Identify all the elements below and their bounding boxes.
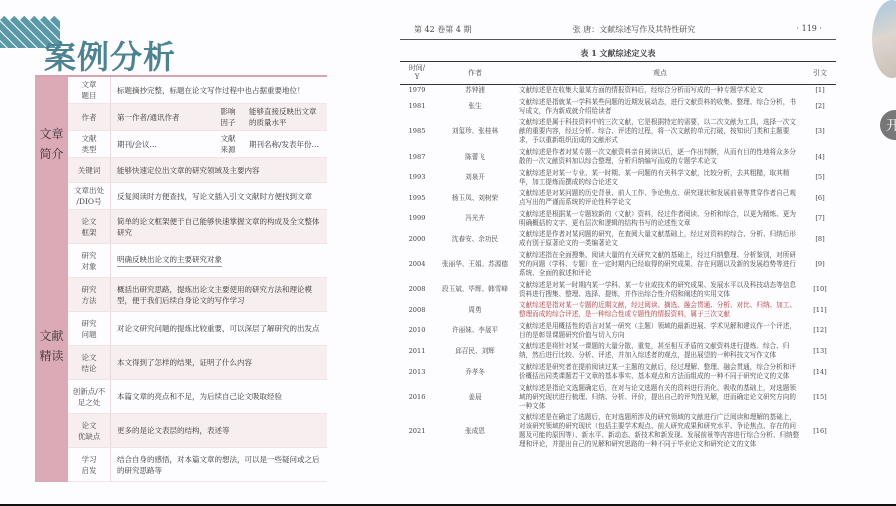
viewpoint-cell: 文献综述是指就某一学科某些问题的近期发展动态，进行文献资料的收集、整理、综合分析… [516,97,804,118]
row-value: 本文得到了怎样的结果，证明了什么内容 [111,346,327,379]
author-cell: 冯光卉 [434,209,516,230]
viewpoint-cell: 文献综述是指对某一专题的近期文献，经过阅读、摘选、融会贯通、分析、对比、归纳、加… [516,300,804,321]
row-key: 研究方法 [68,278,111,311]
citation-cell: [2] [804,97,836,118]
author-cell: 许丽妹、李晟平 [434,321,516,342]
table-row: 文章出处/DIO号反复阅读时方便查找，写论文插入引文文献时方便找到文章 [68,183,327,210]
viewpoint-cell: 文献综述是指论文选题确定后，在对与论文选题有关的资料进行消化、吸收的基础上，对选… [516,382,804,412]
issue-label: 第 42 卷第 4 期 [414,24,471,35]
article-title: 张 唐：文献综述写作及其特性研究 [573,24,696,35]
table-row: 1979 苏钟浦 文献综述是在收集大量某方面的情报资料后，经综合分析而写成的一种… [400,85,836,97]
table-row: 关键词能够快速定位出文章的研究领域及主要内容 [68,158,327,183]
section-label: 文章简介 [35,77,68,210]
citation-cell: [12] [804,321,836,342]
author-cell: 周勇 [434,300,516,321]
row-key: 文献类型 [68,131,111,157]
table-row: 1995 杨玉凤、刘树荣 文献综述是对某问题的历史背景、前人工作、争论焦点、研究… [400,188,836,209]
table-row: 1999 冯光卉 文献综述是根据某一专题较新的（文献）资料，经过作者阅读、分析和… [400,209,836,230]
viewpoint-cell: 文献综述是将针对某一课题的大量分散、重复，甚至相互矛盾的文献资料进行提炼、综合、… [516,341,804,362]
citation-cell: [8] [804,229,836,250]
viewpoint-cell: 文献综述是作者对某专题一次文献资料亲自阅读以后，逐一作出判断，从而有目的性地将众… [516,147,804,168]
row-key: 创新点/不足之处 [68,380,111,413]
citation-cell: [14] [804,362,836,383]
row-key-2: 文献来源 [211,131,245,157]
table-row: 研究方法概括出研究思路，提炼出论文主要使用的研究方法和理论模型，便于我们后续自身… [68,278,327,312]
citation-cell: [15] [804,382,836,412]
row-key: 论文优缺点 [68,414,111,447]
row-key: 论文结论 [68,346,111,379]
viewpoint-cell: 文献综述是根据某一专题较新的（文献）资料，经过作者阅读、分析和综合，以更为精炼、… [516,209,804,230]
row-key: 学习启发 [68,448,111,481]
year-cell: 1995 [400,188,434,209]
author-cell: 刘泉开 [434,167,516,188]
row-key: 文章题目 [68,77,111,103]
citation-cell: [4] [804,147,836,168]
year-cell: 2021 [400,412,434,451]
author-cell: 苏钟浦 [434,85,516,97]
row-key: 研究问题 [68,312,111,345]
literature-definition-table: 时间/Y作者观点引文 1979 苏钟浦 文献综述是在收集大量某方面的情报资料后，… [400,61,836,451]
viewpoint-cell: 文献综述是在确定了选题后，在对选题所涉及的研究领域的文献进行广泛阅读和理解的基础… [516,412,804,451]
table-row: 2010 许丽妹、李晟平 文献综述是用概括性的语言对某一研究（主题）领域的最新进… [400,321,836,342]
table-row: 研究问题对论文研究问题的提炼比较重要，可以深层了解研究的出发点 [68,312,327,346]
author-cell: 刘玺珍、张桂林 [434,117,516,147]
viewpoint-cell: 文献综述是对某一专业、某一时期、某一问题的有关科学文献，比较分析，去其粗糙，取其… [516,167,804,188]
author-cell: 张丽华、王娟、苏源德 [434,250,516,280]
row-value-2: 能够直接反映出文章的质量水平 [245,104,327,130]
author-cell: 乔孝冬 [434,362,516,383]
table-row: 论文结论本文得到了怎样的结果，证明了什么内容 [68,346,327,380]
viewpoint-cell: 文献综述是对某问题的历史背景、前人工作、争论焦点、研究现状和发展前景等贯穿作者自… [516,188,804,209]
viewpoint-cell: 文献综述是在收集大量某方面的情报资料后，经综合分析而写成的一种专题学术论文 [516,85,804,97]
slide-title: 案例分析 [44,32,176,78]
year-cell: 2016 [400,382,434,412]
column-header: 引文 [804,62,836,85]
row-key: 作者 [68,104,111,130]
citation-cell: [1] [804,85,836,97]
year-cell: 1985 [400,117,434,147]
author-cell: 沈春安、余功民 [434,229,516,250]
viewpoint-cell: 文献综述是研究者在提前阅读过某一主题的文献后，经过理解、整理、融会贯通，综合分析… [516,362,804,383]
viewpoint-cell: 文献综述是用概括性的语言对某一研究（主题）领域的最新进展、学术见解和建议作一个评… [516,321,804,342]
row-key-2: 影响因子 [211,104,245,130]
row-key: 文章出处/DIO号 [68,183,111,209]
year-cell: 1979 [400,85,434,97]
section-article-intro: 文章简介文章题目标题摘抄完整，标题在论文写作过程中也占据重要地位！作者第一作者/… [35,77,327,210]
viewpoint-cell: 文献综述指在全面搜集、阅读大量的有关研究文献的基础上，经过归纳整理、分析鉴别，对… [516,250,804,280]
table-row: 文章题目标题摘抄完整，标题在论文写作过程中也占据重要地位！ [68,77,327,104]
citation-cell: [16] [804,412,836,451]
year-cell: 1987 [400,147,434,168]
year-cell: 1999 [400,209,434,230]
table-row: 1985 刘玺珍、张桂林 文献综述是属于科技资料中的三次文献，它是根据特定的需要… [400,117,836,147]
viewpoint-cell: 文献综述是属于科技资料中的三次文献，它是根据特定的需要，以二次文献为工具，选择一… [516,117,804,147]
row-value: 对论文研究问题的提炼比较重要，可以深层了解研究的出发点 [111,312,327,345]
table-row: 论文框架简单的论文框架便于自己能够快速掌握文章的构成及全文整体研究 [68,210,327,244]
column-header: 作者 [434,62,516,85]
table-row: 1987 陈蕾飞 文献综述是作者对某专题一次文献资料亲自阅读以后，逐一作出判断，… [400,147,836,168]
row-value: 能够快速定位出文章的研究领域及主要内容 [111,158,327,182]
row-value: 更多的是论文表层的结构，表述等 [111,414,327,447]
year-cell: 2013 [400,362,434,383]
table-row: 2000 沈春安、余功民 文献综述是作者对某问题的研究，在查阅大量文献基础上，经… [400,229,836,250]
table-row: 2013 乔孝冬 文献综述是研究者在提前阅读过某一主题的文献后，经过理解、整理、… [400,362,836,383]
citation-cell: [7] [804,209,836,230]
citation-cell: [5] [804,167,836,188]
table-row: 论文优缺点更多的是论文表层的结构，表述等 [68,414,327,448]
table-row: 1993 刘泉开 文献综述是对某一专业、某一时期、某一问题的有关科学文献，比较分… [400,167,836,188]
table-row: 2016 姜晨 文献综述是指论文选题确定后，在对与论文选题有关的资料进行消化、吸… [400,382,836,412]
table-row: 2008 周勇 文献综述是指对某一专题的近期文献，经过阅读、摘选、融会贯通、分析… [400,300,836,321]
author-cell: 邱召民、刘辉 [434,341,516,362]
year-cell: 1981 [400,97,434,118]
column-header: 观点 [516,62,804,85]
year-cell: 2011 [400,341,434,362]
row-value: 标题摘抄完整，标题在论文写作过程中也占据重要地位！ [111,77,327,103]
citation-cell: [3] [804,117,836,147]
section-close-reading: 文献精读论文框架简单的论文框架便于自己能够快速掌握文章的构成及全文整体研究研究对… [35,210,327,482]
row-value: 反复阅读时方便查找，写论文插入引文文献时方便找到文章 [111,183,327,209]
column-header: 时间/Y [400,62,434,85]
table-row: 作者第一作者/通讯作者影响因子能够直接反映出文章的质量水平 [68,104,327,131]
viewpoint-cell: 文献综述是对某一时期内某一学科、某一专业或技术的研究成果、发展水平以及科技动态等… [516,279,804,300]
row-key: 研究对象 [68,244,111,277]
year-cell: 2010 [400,321,434,342]
document-header: 第 42 卷第 4 期 张 唐：文献综述写作及其特性研究 · 119 · [400,14,836,40]
row-key: 论文框架 [68,210,111,243]
row-value: 期刊/会议… [111,131,211,157]
year-cell: 1993 [400,167,434,188]
table-row: 创新点/不足之处本篇文章的亮点和不足，为后续自己论文吸取经验 [68,380,327,414]
table-row: 2021 张成恩 文献综述是在确定了选题后，在对选题所涉及的研究领域的文献进行广… [400,412,836,451]
table-row: 1981 张生 文献综述是指就某一学科某些问题的近期发展动态，进行文献资料的收集… [400,97,836,118]
citation-cell: [11] [804,300,836,321]
row-key: 关键词 [68,158,111,182]
table-row: 研究对象明确反映出论文的主要研究对象 [68,244,327,278]
row-value: 明确反映出论文的主要研究对象 [111,244,327,277]
document-page: 第 42 卷第 4 期 张 唐：文献综述写作及其特性研究 · 119 · 表 1… [400,14,836,451]
year-cell: 2008 [400,279,434,300]
presenter-avatar[interactable] [872,0,896,78]
row-value-2: 期刊名称/发表年份… [245,131,327,157]
table-row: 2011 邱召民、刘辉 文献综述是将针对某一课题的大量分散、重复，甚至相互矛盾的… [400,341,836,362]
table-row: 学习启发结合自身的感悟，对本篇文章的想法，可以是一些疑问或之后的研究思路等 [68,448,327,482]
author-cell: 陈蕾飞 [434,147,516,168]
section-label: 文献精读 [35,210,68,482]
table-caption: 表 1 文献综述定义表 [400,48,836,59]
author-cell: 张成恩 [434,412,516,451]
table-row: 2004 张丽华、王娟、苏源德 文献综述指在全面搜集、阅读大量的有关研究文献的基… [400,250,836,280]
row-value: 简单的论文框架便于自己能够快速掌握文章的构成及全文整体研究 [111,210,327,243]
row-value: 本篇文章的亮点和不足，为后续自己论文吸取经验 [111,380,327,413]
year-cell: 2000 [400,229,434,250]
citation-cell: [10] [804,279,836,300]
row-value: 概括出研究思路，提炼出论文主要使用的研究方法和理论模型，便于我们后续自身论文的写… [111,278,327,311]
citation-cell: [13] [804,341,836,362]
year-cell: 2004 [400,250,434,280]
viewpoint-cell: 文献综述是作者对某问题的研究，在查阅大量文献基础上，经过对资料的综合、分析、归纳… [516,229,804,250]
page-number: · 119 · [797,24,822,35]
author-cell: 杨玉凤、刘树荣 [434,188,516,209]
author-cell: 张生 [434,97,516,118]
side-action-button[interactable]: 开 [880,110,896,140]
row-value: 第一作者/通讯作者 [111,104,211,130]
author-cell: 姜晨 [434,382,516,412]
case-analysis-table: 文章简介文章题目标题摘抄完整，标题在论文写作过程中也占据重要地位！作者第一作者/… [35,75,327,482]
citation-cell: [6] [804,188,836,209]
author-cell: 段玉斌、毕辉、韩雪峰 [434,279,516,300]
year-cell: 2008 [400,300,434,321]
row-value: 结合自身的感悟，对本篇文章的想法，可以是一些疑问或之后的研究思路等 [111,448,327,481]
table-row: 文献类型期刊/会议…文献来源期刊名称/发表年份… [68,131,327,158]
citation-cell: [9] [804,250,836,280]
table-row: 2008 段玉斌、毕辉、韩雪峰 文献综述是对某一时期内某一学科、某一专业或技术的… [400,279,836,300]
